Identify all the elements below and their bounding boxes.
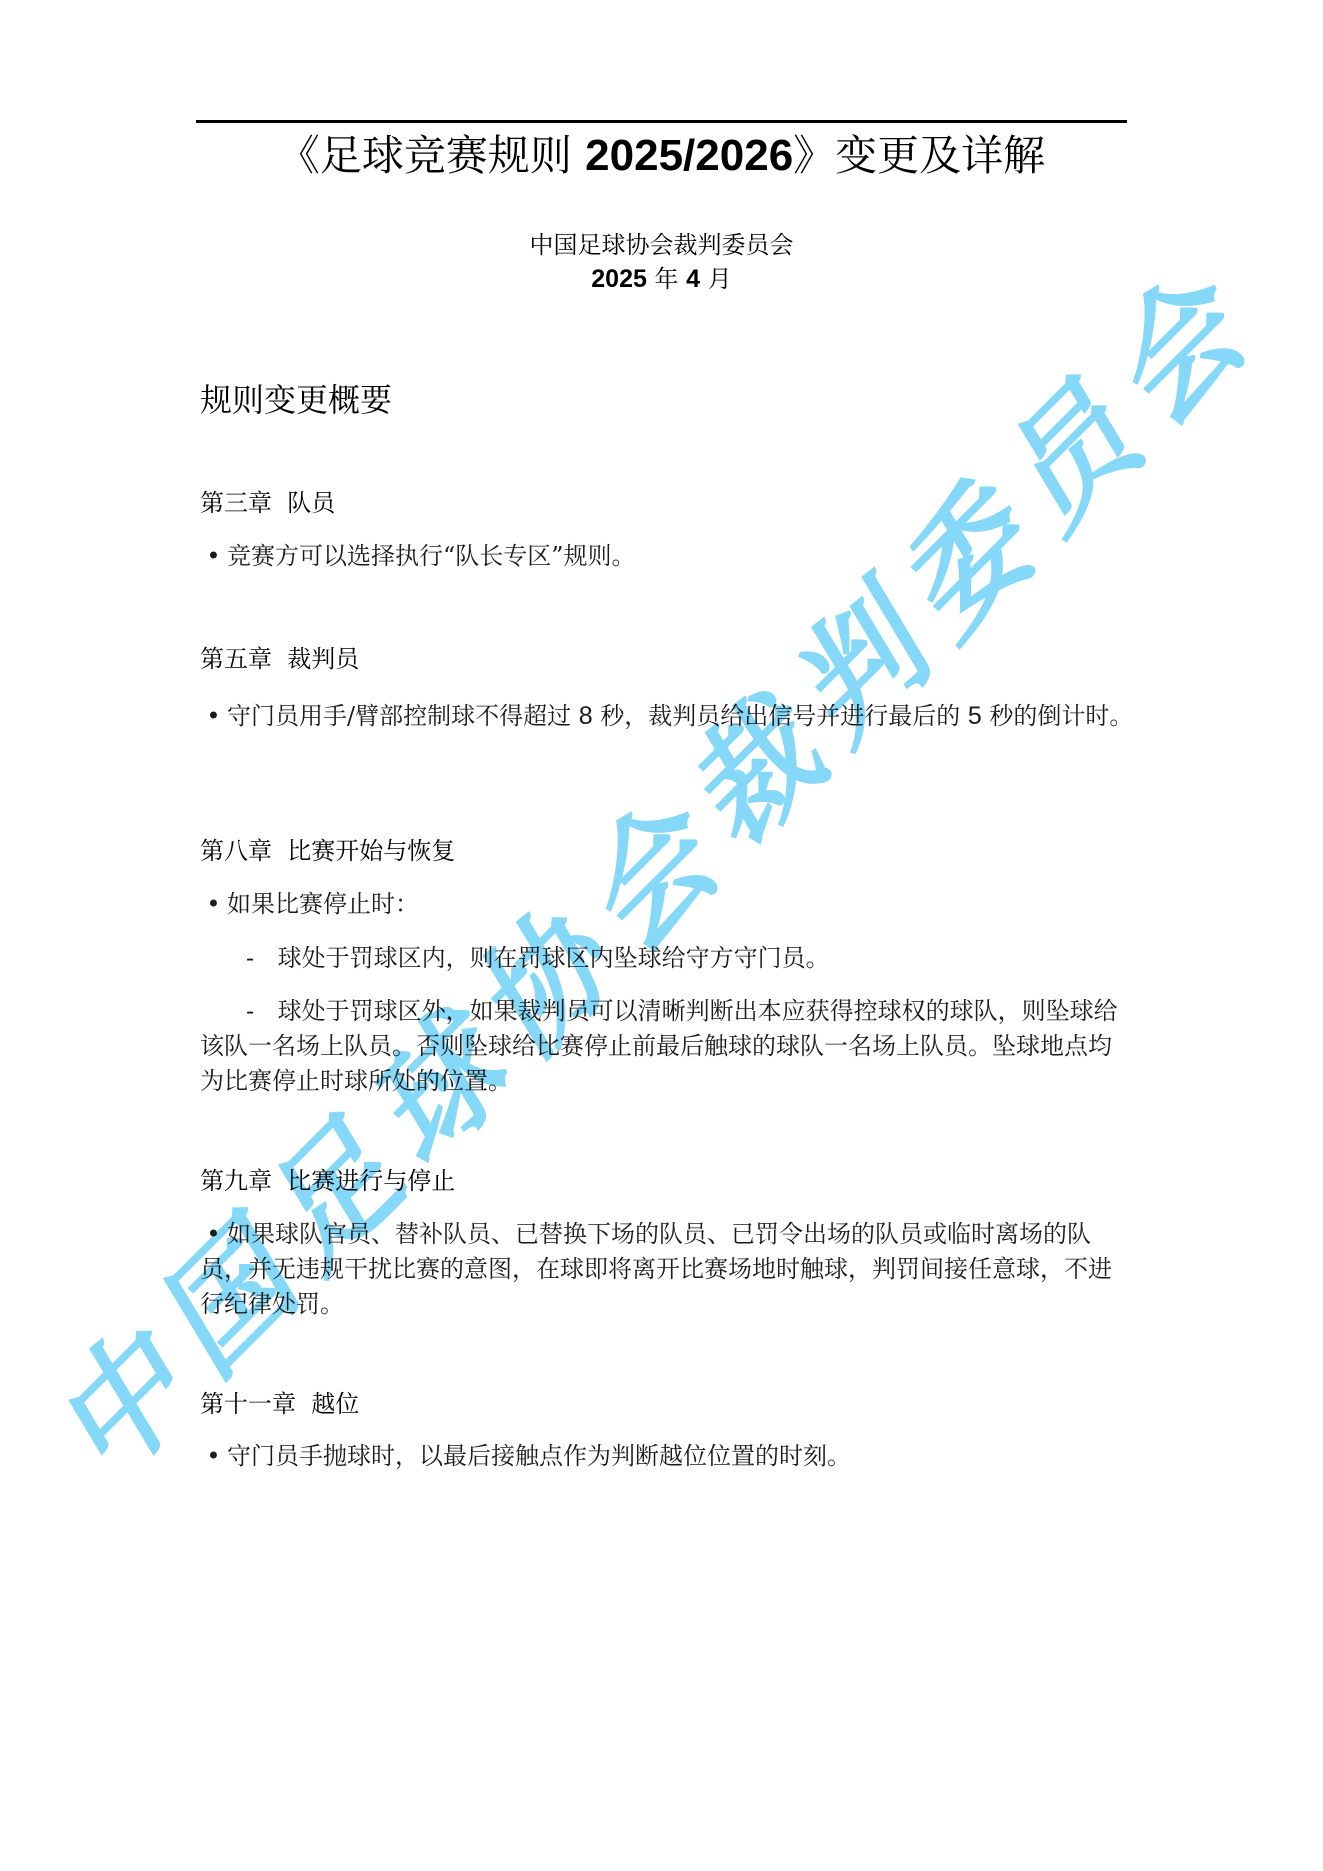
chapter-heading-11: 第十一章 越位 [200,1387,359,1421]
item-text-a: 守门员用手/臂部控制球不得超过 [227,702,579,730]
chapter-5-item: •守门员用手/臂部控制球不得超过 8 秒，裁判员给出信号并进行最后的 5 秒的倒… [200,699,1135,734]
summary-heading: 规则变更概要 [200,378,392,422]
item-text-b: 秒，裁判员给出信号并进行最后的 [593,702,968,730]
chapter-heading-8: 第八章 比赛开始与恢复 [200,834,455,868]
item-text: 如果球队官员、替补队员、已替换下场的队员、已罚令出场的队员或临时离场的队员，并无… [200,1220,1112,1318]
item-text-c: 秒的倒计时。 [982,702,1134,730]
chapter-9-item: •如果球队官员、替补队员、已替换下场的队员、已罚令出场的队员或临时离场的队员，并… [200,1217,1135,1322]
document-page: 中国足球协会裁判委员会 《足球竞赛规则 2025/2026》变更及详解 中国足球… [0,0,1323,1871]
subitem-text: 球处于罚球区外，如果裁判员可以清晰判断出本应获得控球权的球队，则坠球给该队一名场… [200,997,1118,1095]
document-date: 2025 年 4 月 [196,262,1127,296]
bullet-marker: • [200,539,227,574]
item-number-a: 8 [579,702,593,730]
document-title: 《足球竞赛规则 2025/2026》变更及详解 [196,128,1127,184]
organization-name: 中国足球协会裁判委员会 [196,228,1127,262]
item-text: 如果比赛停止时： [227,890,419,918]
chapter-heading-9: 第九章 比赛进行与停止 [200,1164,455,1198]
chapter-heading-3: 第三章 队员 [200,486,335,520]
chapter-11-item: •守门员手抛球时，以最后接触点作为判断越位位置的时刻。 [200,1439,1135,1474]
item-text: 守门员手抛球时，以最后接触点作为判断越位位置的时刻。 [227,1442,851,1470]
bullet-marker: • [200,887,227,922]
chapter-3-item: •竞赛方可以选择执行“队长专区”规则。 [200,539,1135,574]
title-prefix: 《足球竞赛规则 [278,131,585,180]
date-year: 2025 [591,265,647,293]
date-year-unit: 年 [647,265,686,293]
bullet-marker: • [200,1217,227,1252]
title-rule [196,120,1127,123]
dash-marker: - [200,941,270,976]
chapter-8-subitem: - 球处于罚球区外，如果裁判员可以清晰判断出本应获得控球权的球队，则坠球给该队一… [200,994,1135,1099]
item-text: 竞赛方可以选择执行“队长专区”规则。 [227,542,636,570]
subitem-text: 球处于罚球区内，则在罚球区内坠球给守方守门员。 [270,944,830,972]
date-month: 4 [686,265,700,293]
chapter-8-subitem: - 球处于罚球区内，则在罚球区内坠球给守方守门员。 [200,941,1135,976]
bullet-marker: • [200,699,227,734]
date-month-unit: 月 [700,265,732,293]
dash-marker: - [200,994,270,1029]
title-number: 2025/2026 [585,131,793,180]
item-number-b: 5 [968,702,982,730]
title-suffix: 》变更及详解 [793,131,1045,180]
bullet-marker: • [200,1439,227,1474]
chapter-heading-5: 第五章 裁判员 [200,642,359,676]
chapter-8-item: •如果比赛停止时： [200,887,1135,922]
